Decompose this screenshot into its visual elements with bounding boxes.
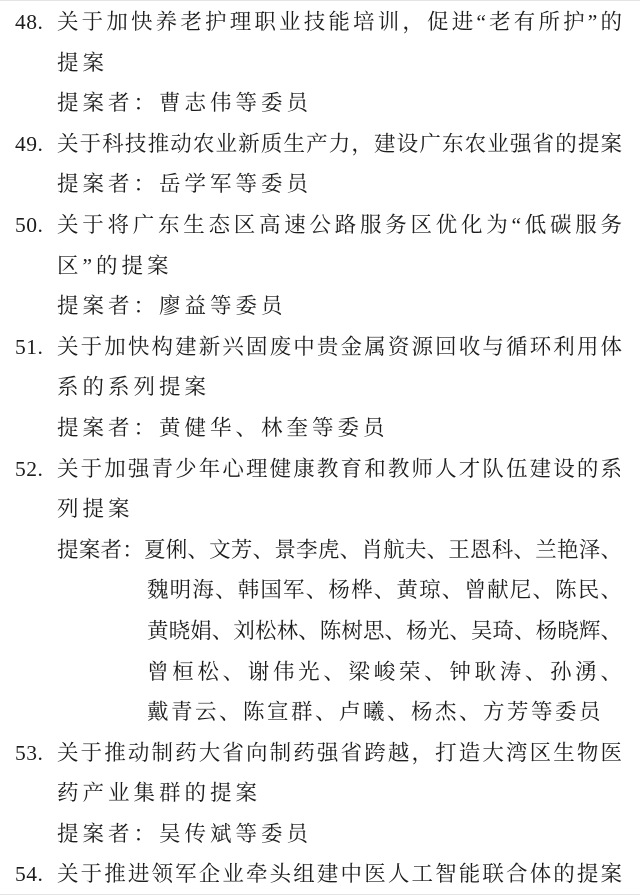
line-text: 系的系列提案 <box>57 375 210 399</box>
line-text: 药产业集群的提案 <box>57 781 261 805</box>
line-text: 提案者：黄健华、林奎等委员 <box>57 416 389 440</box>
line-text: 提案者：吴传斌等委员 <box>57 822 312 846</box>
proposal-line: 54.关于推进领军企业牵头组建中医人工智能联合体的提案 <box>0 854 640 895</box>
line-text: 曾桓松、谢伟光、梁峻荣、钟耿涛、孙湧、 <box>147 660 622 684</box>
proposal-line: 48.关于加快养老护理职业技能培训，促进“老有所护”的 <box>0 2 640 43</box>
line-text: 戴青云、陈宣群、卢曦、杨杰、方芳等委员 <box>147 700 603 724</box>
line-text: 关于推动制药大省向制药强省跨越，打造大湾区生物医 <box>57 741 622 765</box>
proposal-line: 戴青云、陈宣群、卢曦、杨杰、方芳等委员 <box>0 692 640 733</box>
proposal-line: 51.关于加快构建新兴固废中贵金属资源回收与循环利用体 <box>0 327 640 368</box>
proposal-line: 提案者：夏俐、文芳、景李虎、肖航夫、王恩科、兰艳泽、 <box>0 530 640 571</box>
line-text: 提案者：夏俐、文芳、景李虎、肖航夫、王恩科、兰艳泽、 <box>57 538 622 562</box>
proposal-list: 48.关于加快养老护理职业技能培训，促进“老有所护”的提案提案者：曹志伟等委员4… <box>0 2 640 895</box>
proposal-line: 药产业集群的提案 <box>0 773 640 814</box>
line-text: 关于加快构建新兴固废中贵金属资源回收与循环利用体 <box>57 335 622 359</box>
line-text: 关于加快养老护理职业技能培训，促进“老有所护”的 <box>57 10 622 34</box>
line-text: 关于推进领军企业牵头组建中医人工智能联合体的提案 <box>57 862 622 886</box>
line-text: 提案 <box>57 51 108 75</box>
item-number: 50. <box>15 205 43 246</box>
proposal-line: 49.关于科技推动农业新质生产力，建设广东农业强省的提案 <box>0 124 640 165</box>
proposal-line: 魏明海、韩国军、杨桦、黄琼、曾献尼、陈民、 <box>0 570 640 611</box>
document-page: 48.关于加快养老护理职业技能培训，促进“老有所护”的提案提案者：曹志伟等委员4… <box>0 0 640 895</box>
line-text: 提案者：廖益等委员 <box>57 294 287 318</box>
proposal-line: 黄晓娟、刘松林、陈树思、杨光、吴琦、杨晓辉、 <box>0 611 640 652</box>
proposal-line: 52.关于加强青少年心理健康教育和教师人才队伍建设的系 <box>0 449 640 490</box>
line-text: 列提案 <box>57 497 134 521</box>
proposal-line: 曾桓松、谢伟光、梁峻荣、钟耿涛、孙湧、 <box>0 652 640 693</box>
item-number: 52. <box>15 449 43 490</box>
line-text: 魏明海、韩国军、杨桦、黄琼、曾献尼、陈民、 <box>147 578 622 602</box>
item-number: 48. <box>15 2 43 43</box>
proposal-line: 53.关于推动制药大省向制药强省跨越，打造大湾区生物医 <box>0 733 640 774</box>
line-text: 黄晓娟、刘松林、陈树思、杨光、吴琦、杨晓辉、 <box>147 619 622 643</box>
line-text: 提案者：曹志伟等委员 <box>57 91 312 115</box>
proposal-line: 区”的提案 <box>0 246 640 287</box>
proposal-line: 提案者：岳学军等委员 <box>0 164 640 205</box>
line-text: 区”的提案 <box>57 254 173 278</box>
line-text: 关于科技推动农业新质生产力，建设广东农业强省的提案 <box>57 132 622 156</box>
proposal-line: 提案者：吴传斌等委员 <box>0 814 640 855</box>
proposal-line: 提案者：曹志伟等委员 <box>0 83 640 124</box>
proposal-line: 列提案 <box>0 489 640 530</box>
proposal-line: 50.关于将广东生态区高速公路服务区优化为“低碳服务 <box>0 205 640 246</box>
proposal-line: 系的系列提案 <box>0 367 640 408</box>
item-number: 49. <box>15 124 43 165</box>
proposal-line: 提案者：廖益等委员 <box>0 286 640 327</box>
line-text: 关于加强青少年心理健康教育和教师人才队伍建设的系 <box>57 457 622 481</box>
proposal-line: 提案 <box>0 43 640 84</box>
item-number: 51. <box>15 327 43 368</box>
proposal-line: 提案者：黄健华、林奎等委员 <box>0 408 640 449</box>
item-number: 54. <box>15 854 43 895</box>
item-number: 53. <box>15 733 43 774</box>
line-text: 提案者：岳学军等委员 <box>57 172 312 196</box>
line-text: 关于将广东生态区高速公路服务区优化为“低碳服务 <box>57 213 622 237</box>
